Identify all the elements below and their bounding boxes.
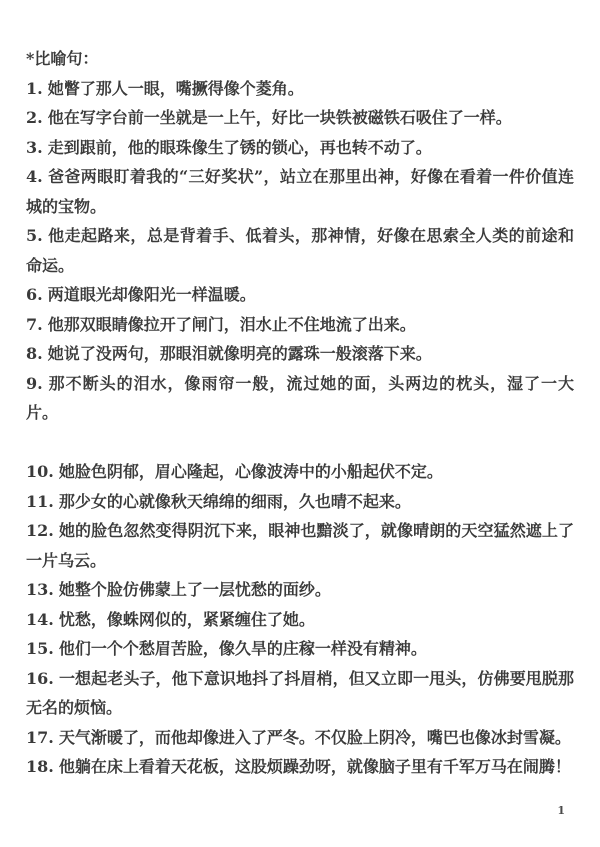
sentence-item: 5.他走起路来，总是背着手、低着头，那神情，好像在思索全人类的前途和命运。 bbox=[26, 221, 574, 280]
sentence-text: 她说了没两句，那眼泪就像明亮的露珠一般滚落下来。 bbox=[48, 344, 432, 363]
sentence-text: 他那双眼睛像拉开了闸门，泪水止不住地流了出来。 bbox=[48, 315, 416, 334]
sentence-item: 16.一想起老头子，他下意识地抖了抖眉梢，但又立即一甩头，仿佛要甩脱那无名的烦恼… bbox=[26, 664, 574, 723]
sentence-text: 走到跟前，他的眼珠像生了锈的锁心，再也转不动了。 bbox=[48, 138, 432, 157]
sentence-number: 1. bbox=[26, 74, 43, 104]
sentence-item: 2.他在写字台前一坐就是一上午，好比一块铁被磁铁石吸住了一样。 bbox=[26, 103, 574, 133]
sentence-text: 两道眼光却像阳光一样温暖。 bbox=[48, 285, 256, 304]
sentence-text: 他们一个个愁眉苦脸，像久旱的庄稼一样没有精神。 bbox=[59, 639, 427, 658]
sentence-item: 12.她的脸色忽然变得阴沉下来，眼神也黯淡了，就像晴朗的天空猛然遮上了一片乌云。 bbox=[26, 516, 574, 575]
sentence-number: 14. bbox=[26, 605, 54, 635]
sentence-text: 那不断头的泪水，像雨帘一般，流过她的面，头两边的枕头，湿了一大片。 bbox=[26, 374, 574, 423]
sentence-text: 那少女的心就像秋天绵绵的细雨，久也晴不起来。 bbox=[59, 492, 411, 511]
sentence-item: 13.她整个脸仿佛蒙上了一层忧愁的面纱。 bbox=[26, 575, 574, 605]
sentence-item: 10.她脸色阴郁，眉心隆起，心像波涛中的小船起伏不定。 bbox=[26, 457, 574, 487]
sentence-text: 他躺在床上看着天花板，这股烦躁劲呀，就像脑子里有千军万马在闹腾！ bbox=[59, 757, 571, 776]
page-title: *比喻句： bbox=[26, 44, 574, 74]
sentence-number: 11. bbox=[26, 487, 54, 517]
sentence-number: 2. bbox=[26, 103, 43, 133]
sentence-number: 17. bbox=[26, 723, 54, 753]
sentence-item: 8.她说了没两句，那眼泪就像明亮的露珠一般滚落下来。 bbox=[26, 339, 574, 369]
sentence-item: 17.天气渐暖了，而他却像进入了严冬。不仅脸上阴冷，嘴巴也像冰封雪凝。 bbox=[26, 723, 574, 753]
sentence-item: 6.两道眼光却像阳光一样温暖。 bbox=[26, 280, 574, 310]
sentence-text: 爸爸两眼盯着我的“三好奖状”，站立在那里出神，好像在看着一件价值连城的宝物。 bbox=[26, 167, 574, 216]
sentence-number: 4. bbox=[26, 162, 43, 192]
sentence-text: 她整个脸仿佛蒙上了一层忧愁的面纱。 bbox=[59, 580, 331, 599]
sentence-text: 一想起老头子，他下意识地抖了抖眉梢，但又立即一甩头，仿佛要甩脱那无名的烦恼。 bbox=[26, 669, 574, 718]
sentence-number: 7. bbox=[26, 310, 43, 340]
sentence-item: 14.忧愁，像蛛网似的，紧紧缠住了她。 bbox=[26, 605, 574, 635]
sentence-item: 1.她瞥了那人一眼，嘴撅得像个菱角。 bbox=[26, 74, 574, 104]
sentence-text: 他在写字台前一坐就是一上午，好比一块铁被磁铁石吸住了一样。 bbox=[48, 108, 512, 127]
page-number: 1 bbox=[557, 804, 565, 818]
sentence-number: 16. bbox=[26, 664, 54, 694]
sentence-number: 8. bbox=[26, 339, 43, 369]
sentence-text: 她脸色阴郁，眉心隆起，心像波涛中的小船起伏不定。 bbox=[59, 462, 443, 481]
document-page: *比喻句： 1.她瞥了那人一眼，嘴撅得像个菱角。 2.他在写字台前一坐就是一上午… bbox=[0, 0, 600, 847]
sentence-text: 她的脸色忽然变得阴沉下来，眼神也黯淡了，就像晴朗的天空猛然遮上了一片乌云。 bbox=[26, 521, 574, 570]
sentence-item: 3.走到跟前，他的眼珠像生了锈的锁心，再也转不动了。 bbox=[26, 133, 574, 163]
sentence-text: 忧愁，像蛛网似的，紧紧缠住了她。 bbox=[59, 610, 315, 629]
sentence-number: 5. bbox=[26, 221, 43, 251]
sentence-number: 10. bbox=[26, 457, 54, 487]
sentence-item: 7.他那双眼睛像拉开了闸门，泪水止不住地流了出来。 bbox=[26, 310, 574, 340]
sentence-text: 她瞥了那人一眼，嘴撅得像个菱角。 bbox=[48, 79, 304, 98]
sentence-number: 13. bbox=[26, 575, 54, 605]
sentence-item: 18.他躺在床上看着天花板，这股烦躁劲呀，就像脑子里有千军万马在闹腾！ bbox=[26, 752, 574, 782]
sentence-item: 15.他们一个个愁眉苦脸，像久旱的庄稼一样没有精神。 bbox=[26, 634, 574, 664]
sentence-item: 11.那少女的心就像秋天绵绵的细雨，久也晴不起来。 bbox=[26, 487, 574, 517]
sentence-number: 3. bbox=[26, 133, 43, 163]
sentence-number: 12. bbox=[26, 516, 54, 546]
sentence-text: 他走起路来，总是背着手、低着头，那神情，好像在思索全人类的前途和命运。 bbox=[26, 226, 574, 275]
sentence-number: 9. bbox=[26, 369, 43, 399]
sentence-text: 天气渐暖了，而他却像进入了严冬。不仅脸上阴冷，嘴巴也像冰封雪凝。 bbox=[59, 728, 571, 747]
sentence-number: 6. bbox=[26, 280, 43, 310]
sentence-item: 4.爸爸两眼盯着我的“三好奖状”，站立在那里出神，好像在看着一件价值连城的宝物。 bbox=[26, 162, 574, 221]
sentence-number: 15. bbox=[26, 634, 54, 664]
sentence-number: 18. bbox=[26, 752, 54, 782]
sentence-item: 9.那不断头的泪水，像雨帘一般，流过她的面，头两边的枕头，湿了一大片。 bbox=[26, 369, 574, 428]
